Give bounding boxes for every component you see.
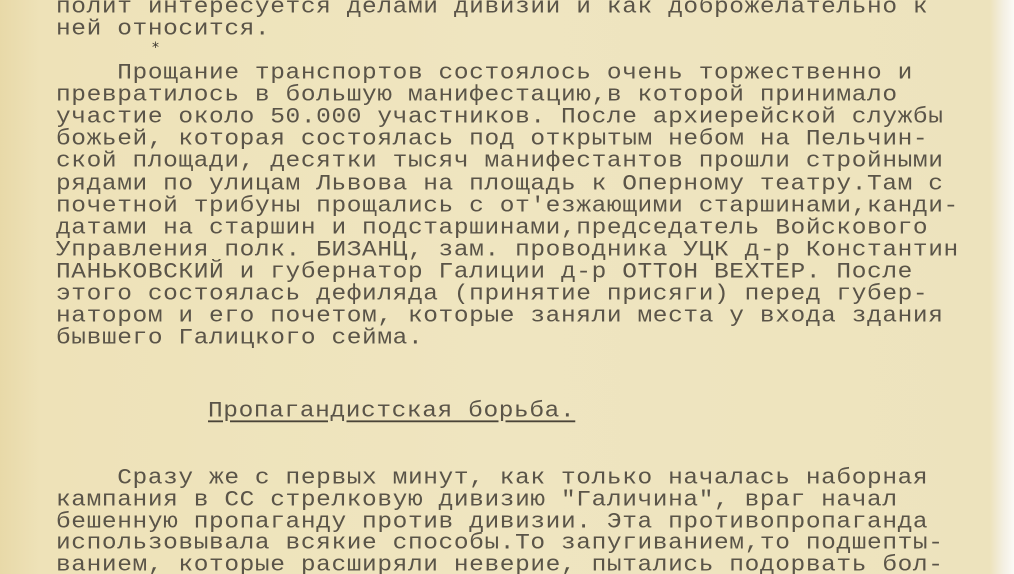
text-line: этого состоялась дефилядa (принятие прис… [56, 285, 928, 305]
text-line: божьей, которая состоялась под открытым … [56, 130, 928, 150]
document-page: полит интересуется делами дивизии и как … [0, 0, 1014, 574]
text-line: Прощание транспортов состоялось очень то… [56, 64, 913, 84]
text-line: участие около 50.000 участников. После а… [56, 108, 944, 128]
text-line: бешенную пропаганду против дивизии. Эта … [56, 513, 928, 533]
text-line: ней относится. [56, 20, 270, 40]
text-line: ской площади, десятки тысяч манифестанто… [56, 152, 944, 172]
text-line: кампания в СС стрелковую дивизию "Галичи… [56, 491, 898, 511]
text-line: превратилось в большую манифестацию,в ко… [56, 86, 898, 106]
text-line: рядами по улицам Львова на площадь к Опе… [56, 175, 944, 195]
text-line: Управления полк. БИЗАНЦ, зам. проводника… [56, 241, 959, 261]
ink-mark: * [152, 40, 159, 56]
text-line: ванием, которые расширяли неверие, пытал… [56, 556, 944, 574]
text-line: полит интересуется делами дивизии и как … [56, 0, 928, 18]
text-line: датами на старшин и подстаршинами,предсе… [56, 219, 928, 239]
text-line: натором и его почетом, которые заняли ме… [56, 307, 944, 327]
text-line: бывшего Галицкого сейма. [56, 329, 423, 349]
text-line: ПАНЬКОВСКИЙ и губернатор Галиции д-р ОТТ… [56, 263, 913, 283]
section-heading: Пропагандистская борьба. [208, 402, 575, 422]
text-line: использовывала всякие способы.То запугив… [56, 534, 944, 554]
text-line: Сразу же с первых минут, как только нача… [56, 469, 928, 489]
text-line: почетной трибуны прощались с от'езжающим… [56, 197, 959, 217]
